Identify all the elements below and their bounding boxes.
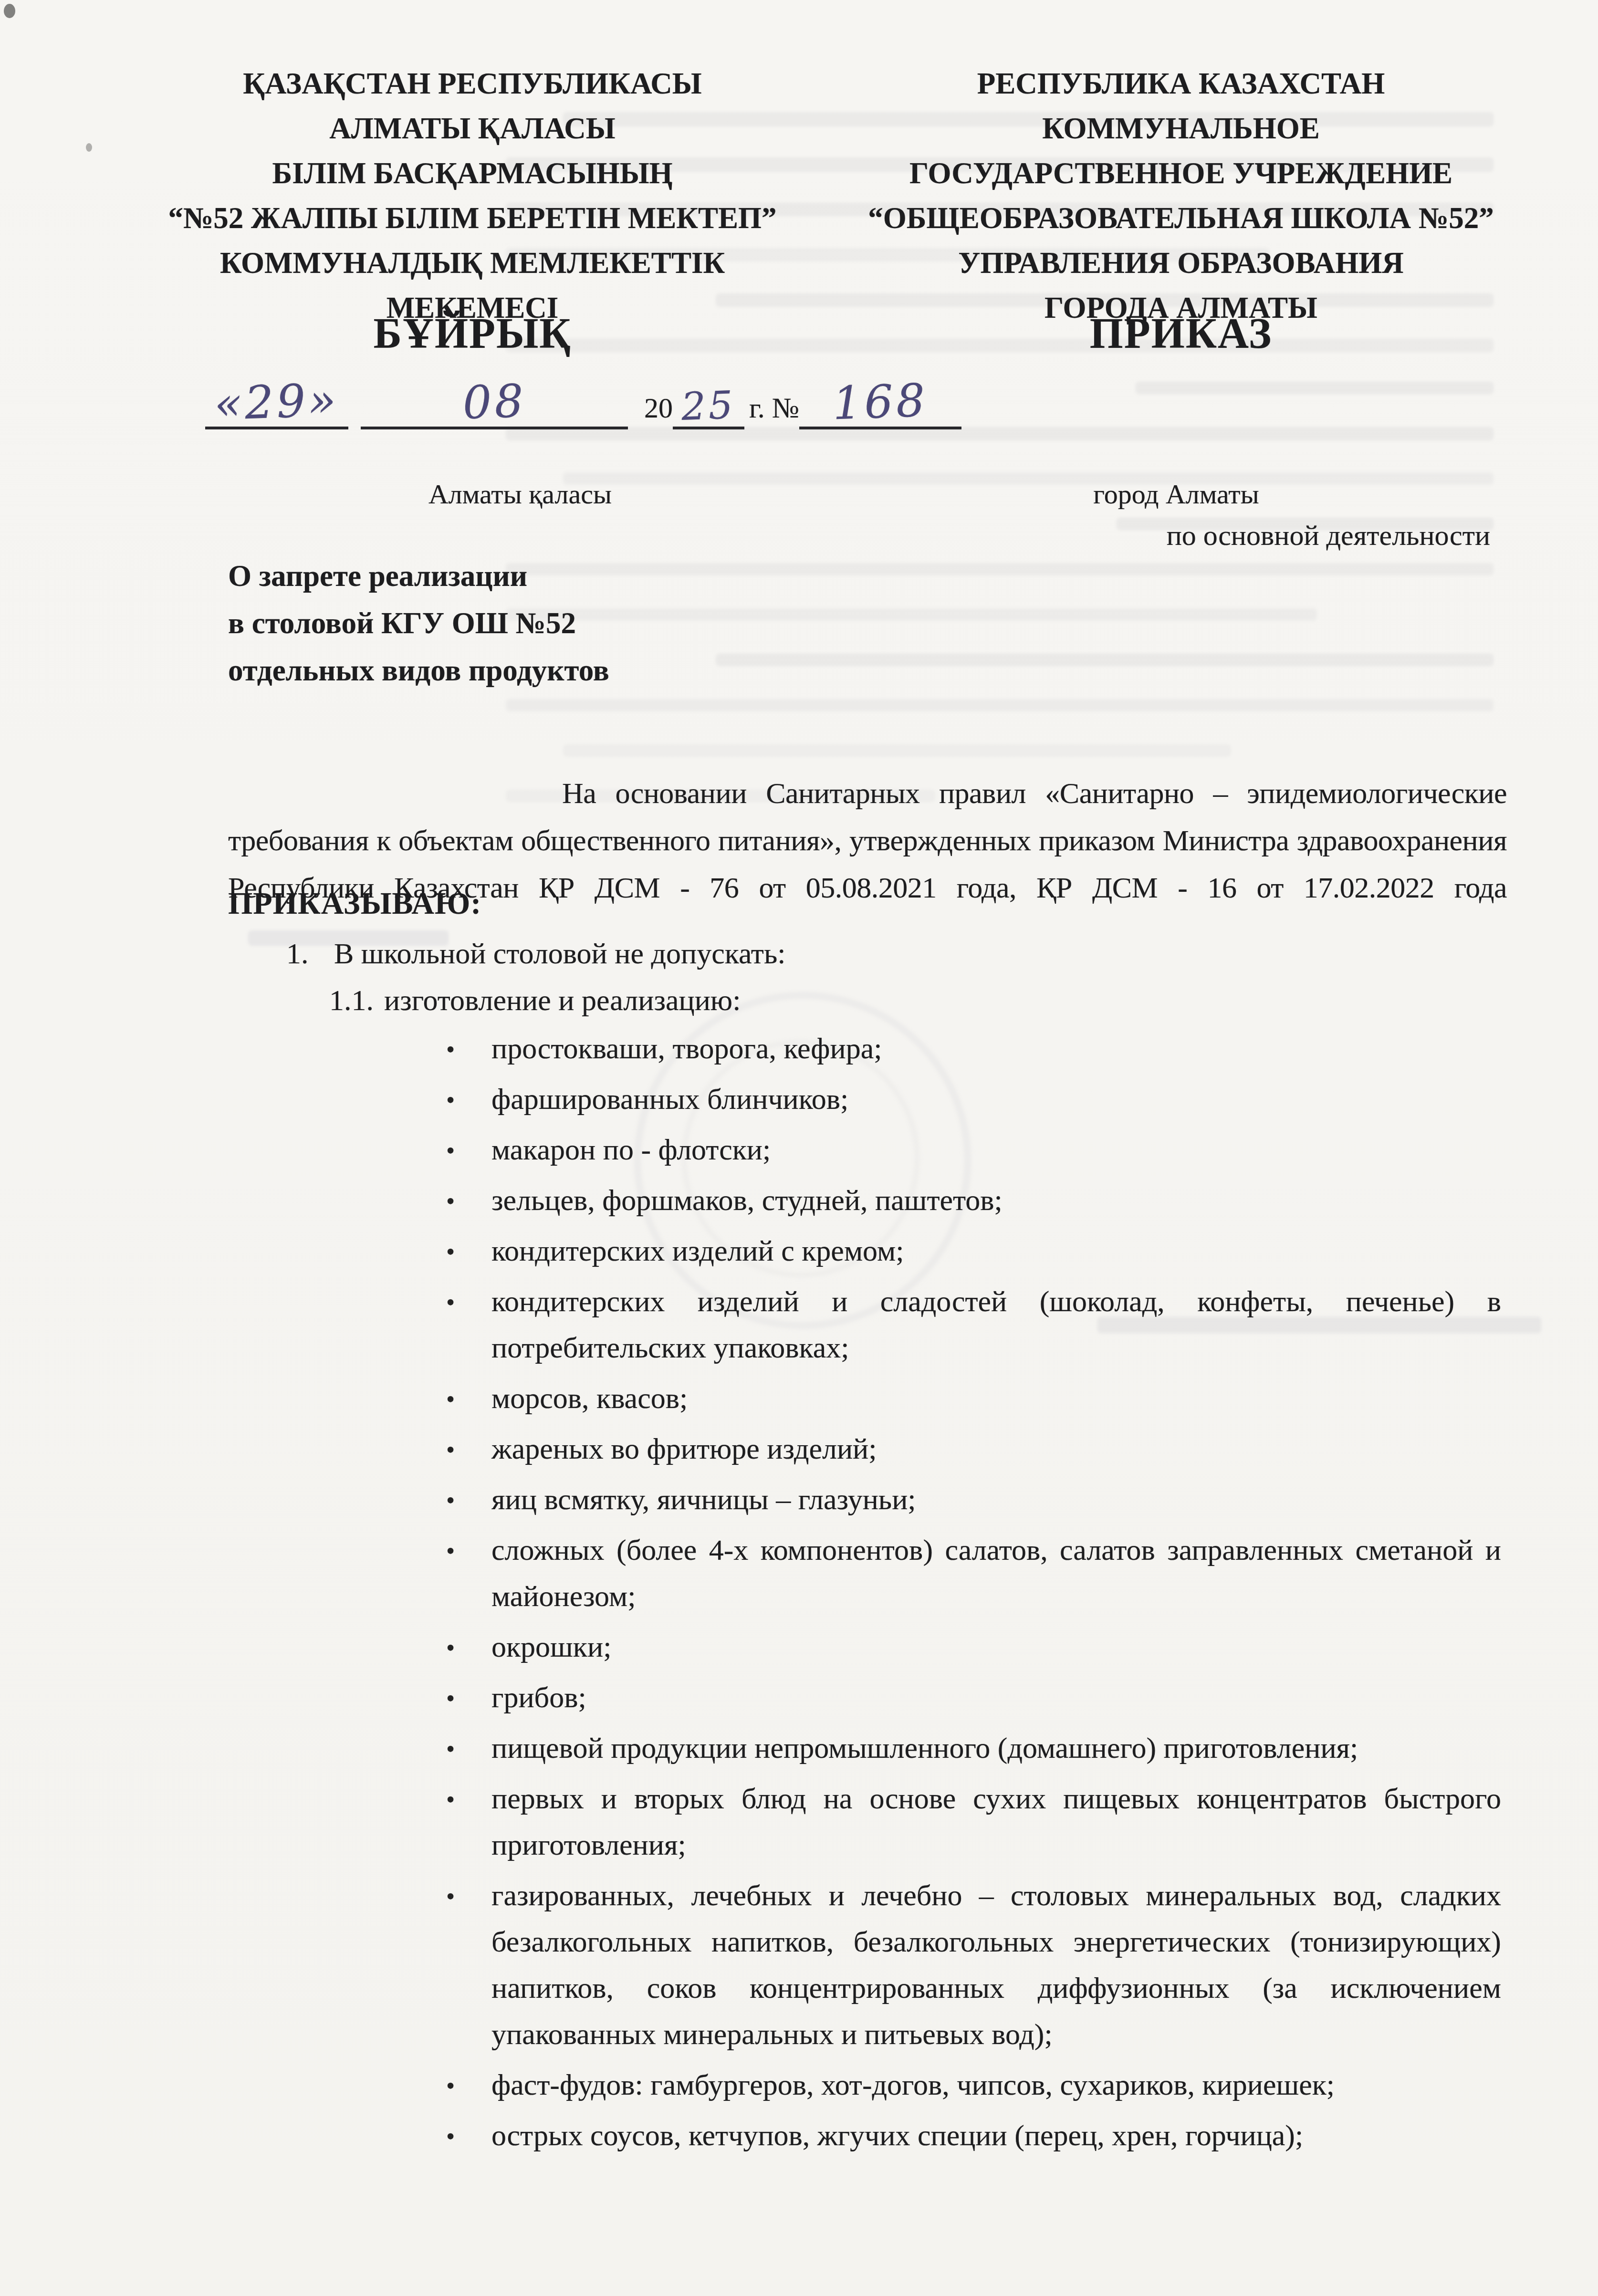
bullet-dot-icon: • — [446, 1077, 455, 1124]
order-subject: О запрете реализации в столовой КГУ ОШ №… — [228, 553, 609, 694]
bullet-dot-icon: • — [446, 1726, 455, 1773]
list-item: •пищевой продукции непромышленного (дома… — [228, 1725, 1501, 1772]
bullet-dot-icon: • — [446, 1179, 455, 1225]
list-item: •сложных (более 4-х компонентов) салатов… — [228, 1527, 1501, 1620]
list-item: •фаршированных блинчиков; — [228, 1076, 1501, 1123]
org-name-line: АЛМАТЫ ҚАЛАСЫ — [143, 106, 802, 151]
bullet-dot-icon: • — [446, 1229, 455, 1275]
org-name-line: “ОБЩЕОБРАЗОВАТЕЛЬНАЯ ШКОЛА №52” — [859, 196, 1503, 240]
list-item: •макарон по - флотски; — [228, 1127, 1501, 1173]
bullet-dot-icon: • — [446, 1128, 455, 1174]
numbered-item-1: 1.В школьной столовой не допускать: — [286, 937, 785, 971]
org-name-kazakh: ҚАЗАҚСТАН РЕСПУБЛИКАСЫ АЛМАТЫ ҚАЛАСЫ БІЛ… — [143, 61, 802, 330]
org-name-line: ҚАЗАҚСТАН РЕСПУБЛИКАСЫ — [143, 61, 802, 106]
list-item: •кондитерских изделий и сладостей (шокол… — [228, 1279, 1501, 1371]
item-number: 1.1. — [329, 984, 374, 1017]
item-text: изготовление и реализацию: — [384, 984, 741, 1017]
prohibited-products-list: •простокваши, творога, кефира; •фарширов… — [228, 1026, 1501, 2163]
bullet-dot-icon: • — [446, 1280, 455, 1326]
bullet-dot-icon: • — [446, 1528, 455, 1575]
subject-line: О запрете реализации — [228, 553, 609, 600]
scanned-order-page: ҚАЗАҚСТАН РЕСПУБЛИКАСЫ АЛМАТЫ ҚАЛАСЫ БІЛ… — [0, 0, 1598, 2296]
subject-line: отдельных видов продуктов — [228, 647, 609, 694]
bullet-dot-icon: • — [446, 1676, 455, 1722]
handwritten-day: «29» — [214, 377, 340, 428]
order-number-label: г. № — [749, 392, 799, 429]
list-item: •морсов, квасов; — [228, 1376, 1501, 1422]
bullet-dot-icon: • — [446, 1478, 455, 1524]
letterhead: ҚАЗАҚСТАН РЕСПУБЛИКАСЫ АЛМАТЫ ҚАЛАСЫ БІЛ… — [143, 61, 1503, 330]
list-item: •острых соусов, кетчупов, жгучих специи … — [228, 2113, 1501, 2159]
org-name-line: “№52 ЖАЛПЫ БІЛІМ БЕРЕТІН МЕКТЕП” — [143, 196, 802, 240]
handwritten-year-suffix: 25 — [681, 386, 737, 428]
org-name-line: УПРАВЛЕНИЯ ОБРАЗОВАНИЯ — [859, 240, 1503, 285]
date-and-number-line: «29» 08 20 25 г. № 168 — [205, 379, 961, 429]
list-item: •фаст-фудов: гамбургеров, хот-догов, чип… — [228, 2062, 1501, 2108]
handwritten-month: 08 — [462, 378, 527, 428]
list-item: •кондитерских изделий с кремом; — [228, 1228, 1501, 1274]
year-prefix-label: 20 — [644, 392, 673, 429]
bullet-dot-icon: • — [446, 1777, 455, 1823]
org-name-line: РЕСПУБЛИКА КАЗАХСТАН — [859, 61, 1503, 106]
handwritten-order-number: 168 — [832, 378, 929, 428]
bullet-dot-icon: • — [446, 1377, 455, 1423]
list-item: •простокваши, творога, кефира; — [228, 1026, 1501, 1072]
bullet-dot-icon: • — [446, 2114, 455, 2160]
order-title-kazakh: БҰЙРЫҚ — [143, 309, 802, 358]
org-name-line: КОММУНАЛДЫҚ МЕМЛЕКЕТТІК — [143, 240, 802, 285]
org-name-russian: РЕСПУБЛИКА КАЗАХСТАН КОММУНАЛЬНОЕ ГОСУДА… — [859, 61, 1503, 330]
list-item: •жареных во фритюре изделий; — [228, 1426, 1501, 1472]
list-item: •зельцев, форшмаков, студней, паштетов; — [228, 1178, 1501, 1224]
item-text: В школьной столовой не допускать: — [334, 938, 785, 970]
item-number: 1. — [286, 937, 334, 971]
order-word: ПРИКАЗЫВАЮ: — [228, 886, 481, 922]
city-russian: город Алматы — [854, 478, 1498, 510]
list-item: •газированных, лечебных и лечебно – стол… — [228, 1873, 1501, 2058]
activity-note: по основной деятельности — [1167, 519, 1490, 552]
city-kazakh: Алматы қаласы — [191, 478, 849, 510]
order-title-russian: ПРИКАЗ — [859, 309, 1503, 358]
bullet-dot-icon: • — [446, 1427, 455, 1473]
bullet-dot-icon: • — [446, 1625, 455, 1671]
list-item: •окрошки; — [228, 1624, 1501, 1670]
list-item: •первых и вторых блюд на основе сухих пи… — [228, 1776, 1501, 1868]
bullet-dot-icon: • — [446, 2063, 455, 2109]
list-item: •яиц всмятку, яичницы – глазуньи; — [228, 1477, 1501, 1523]
subject-line: в столовой КГУ ОШ №52 — [228, 600, 609, 647]
org-name-line: БІЛІМ БАСҚАРМАСЫНЫҢ — [143, 151, 802, 196]
org-name-line: ГОСУДАРСТВЕННОЕ УЧРЕЖДЕНИЕ — [859, 151, 1503, 196]
list-item: •грибов; — [228, 1675, 1501, 1721]
numbered-item-1-1: 1.1.изготовление и реализацию: — [329, 984, 741, 1018]
bullet-dot-icon: • — [446, 1027, 455, 1073]
org-name-line: КОММУНАЛЬНОЕ — [859, 106, 1503, 151]
bullet-dot-icon: • — [446, 1874, 455, 1920]
